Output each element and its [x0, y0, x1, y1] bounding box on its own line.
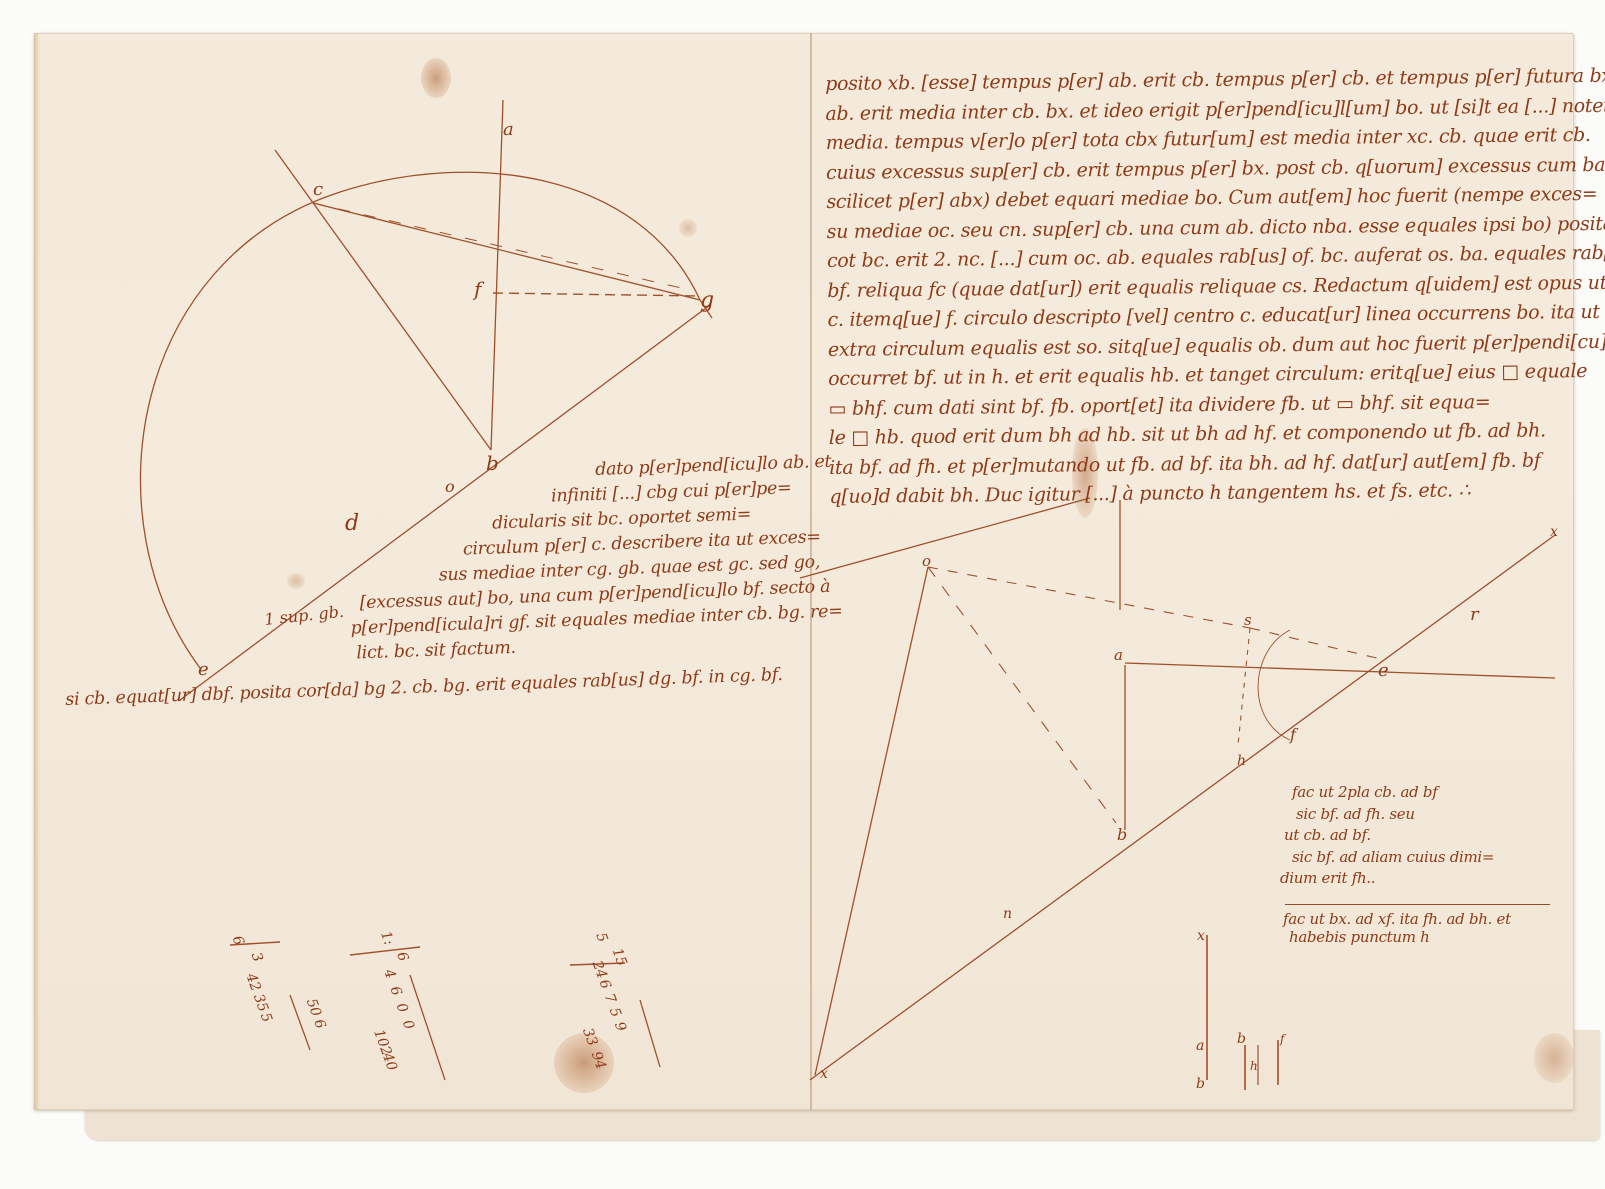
svg-text:7: 7: [601, 992, 619, 1006]
dashed-o-s: [928, 567, 1250, 628]
text-line: fac ut 2pla cb. ad bf: [1280, 782, 1494, 804]
calculation-2: 50 6: [303, 996, 329, 1031]
svg-text:0: 0: [399, 1018, 417, 1032]
svg-text:6: 6: [310, 1017, 328, 1031]
label-c: c: [313, 179, 323, 200]
chord-cg: [313, 203, 700, 300]
diagonal-cb: [275, 150, 491, 450]
label-o: o: [922, 552, 931, 570]
seg-label-b2: b: [1237, 1031, 1246, 1047]
label-h: h: [1237, 753, 1246, 769]
svg-text:6: 6: [387, 984, 405, 998]
svg-text:6: 6: [393, 950, 411, 964]
right-side-note: fac ut 2pla cb. ad bf sic bf. ad fh. seu…: [1280, 782, 1494, 890]
text-line: sic bf. ad aliam cuius dimi=: [1280, 847, 1494, 869]
dashed-s-e: [1250, 628, 1385, 660]
text-line: dium erit fh..: [1280, 868, 1494, 890]
seg-label-x: x: [1197, 928, 1205, 944]
label-e: e: [1378, 660, 1389, 681]
seg-label-h: h: [1250, 1059, 1258, 1073]
text-line: sic bf. ad fh. seu: [1280, 804, 1494, 826]
dashed-o-b: [928, 567, 1116, 823]
svg-text:1:: 1:: [377, 929, 397, 947]
label-a: a: [503, 119, 514, 140]
label-s: s: [1244, 611, 1252, 629]
text-line: ut cb. ad bf.: [1280, 825, 1494, 847]
svg-text:5: 5: [606, 1006, 624, 1020]
svg-text:24: 24: [588, 958, 609, 981]
horizontal-ae: [1125, 663, 1555, 678]
label-x-bottom: x: [820, 1066, 828, 1082]
svg-text:0: 0: [393, 1001, 411, 1015]
calculation-3: 1: 6 4 6 0 0 102 40: [339, 926, 445, 1073]
svg-text:5: 5: [592, 931, 610, 945]
label-b: b: [1117, 825, 1127, 844]
svg-text:94: 94: [588, 1049, 609, 1071]
right-side-note-2: fac ut bx. ad xf. ita fh. ad bh. et habe…: [1283, 910, 1511, 946]
calculation-4: 5 15 24 6 7 5 9 33 94: [550, 927, 660, 1071]
svg-text:35: 35: [250, 992, 271, 1014]
label-a: a: [1114, 646, 1123, 664]
left-page-note: dato p[er]pend[icu]lo ab. et infiniti [.…: [250, 450, 844, 670]
dashed-s-h: [1238, 628, 1250, 745]
svg-text:4: 4: [380, 966, 398, 981]
label-n: n: [1003, 906, 1012, 922]
label-g: g: [700, 288, 714, 313]
svg-text:15: 15: [609, 946, 630, 968]
label-f: f: [472, 277, 485, 301]
right-page-main-text: posito xb. [esse] tempus p[er] ab. erit …: [825, 60, 1605, 512]
svg-text:6: 6: [229, 934, 247, 948]
dashed-fg: [493, 293, 700, 296]
seg-label-b: b: [1196, 1076, 1205, 1092]
circle-arc: [1258, 630, 1290, 740]
seg-label-f: f: [1279, 1032, 1287, 1046]
svg-text:9: 9: [611, 1020, 629, 1034]
label-r: r: [1470, 604, 1480, 625]
note-divider: [1285, 904, 1550, 905]
svg-text:33: 33: [579, 1026, 600, 1048]
svg-text:50: 50: [303, 996, 324, 1018]
svg-text:42: 42: [242, 970, 264, 993]
svg-text:3: 3: [248, 950, 266, 964]
label-x: x: [1550, 524, 1558, 540]
perpendicular-ab: [491, 100, 503, 450]
label-e: e: [198, 659, 209, 680]
text-line: fac ut bx. ad xf. ita fh. ad bh. et: [1283, 910, 1511, 928]
seg-label-a: a: [1196, 1038, 1204, 1054]
label-f: f: [1289, 725, 1299, 744]
text-line: habebis punctum h: [1283, 928, 1511, 946]
dashed-cg: [313, 203, 690, 290]
